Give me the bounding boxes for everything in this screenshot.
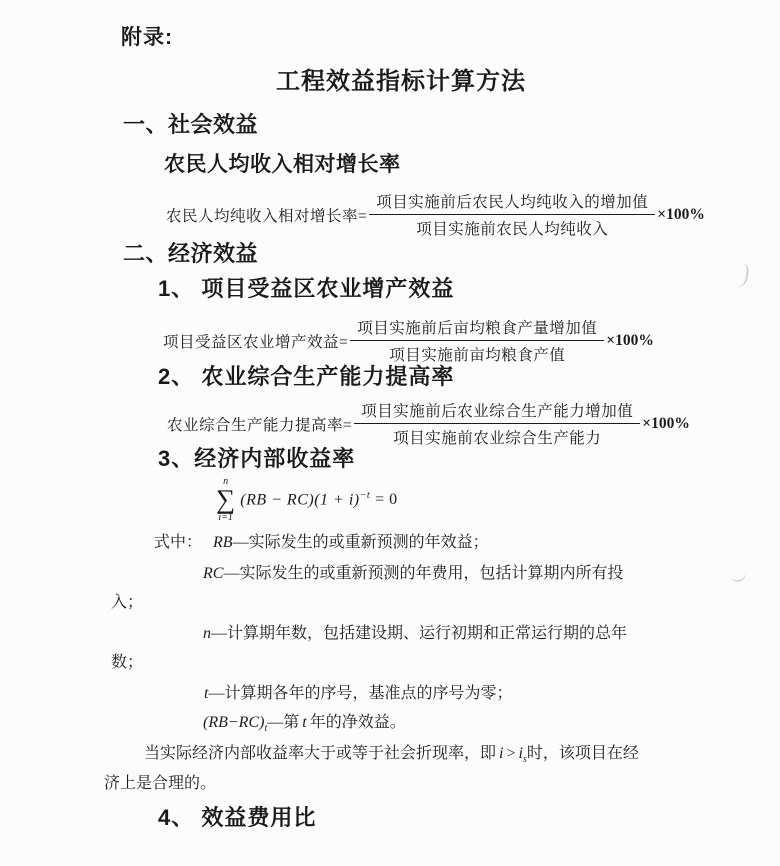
formula-summation-eirr: n ∑ i=1 (RB − RC)(1 + i)−t= 0: [216, 477, 398, 523]
definition-text-tail: 年的净效益。: [310, 714, 406, 731]
fraction-numerator: 项目实施前后农民人均纯收入的增加值: [369, 190, 655, 215]
fraction-denominator: 项目实施前农民人均纯收入: [409, 215, 615, 239]
subheading-item3-internal-rate-of-return: 3、经济内部收益率: [158, 442, 355, 473]
note-lead: 当实际经济内部收益率大于或等于社会折现率，即: [144, 745, 496, 762]
definition-line-t: t—计算期各年的序号，基准点的序号为零；: [204, 680, 512, 703]
fraction: 项目实施前后亩均粮食产量增加值 项目实施前亩均粮食产值: [350, 316, 604, 365]
subheading-income-growth-rate: 农民人均收入相对增长率: [164, 148, 401, 178]
formula-grain-increase: 项目受益区农业增产效益= 项目实施前后亩均粮食产量增加值 项目实施前亩均粮食产值…: [163, 316, 654, 365]
definition-text: —第: [267, 714, 299, 731]
variable-rc: RC: [203, 565, 223, 582]
sigma-symbol: ∑: [216, 487, 235, 513]
variable-n: n: [203, 625, 211, 642]
formula-multiplier: ×100%: [606, 332, 654, 350]
formula-multiplier: ×100%: [657, 206, 705, 224]
definition-line-rc-continuation: 入；: [111, 589, 143, 612]
formula-production-capacity: 农业综合生产能力提高率= 项目实施前后农业综合生产能力增加值 项目实施前农业综合…: [167, 399, 690, 448]
definition-text: —计算期各年的序号，基准点的序号为零；: [208, 685, 512, 702]
fraction-numerator: 项目实施前后亩均粮食产量增加值: [350, 316, 604, 341]
where-label: 式中：: [154, 534, 202, 551]
definition-text: —实际发生的或重新预测的年费用，包括计算期内所有投: [223, 565, 623, 582]
scanned-document-page: 附录: 工程效益指标计算方法 一、社会效益 农民人均收入相对增长率 农民人均纯收…: [0, 0, 780, 866]
subheading-item2-production-capacity: 2、 农业综合生产能力提高率: [158, 360, 454, 391]
sigma-operator: n ∑ i=1: [216, 477, 235, 523]
appendix-label: 附录:: [121, 21, 173, 51]
formula-label: 农民人均纯收入相对增长率=: [166, 204, 367, 226]
note-paragraph-line2: 济上是合理的。: [104, 770, 216, 793]
note-paragraph-line1: 当实际经济内部收益率大于或等于社会折现率，即i>is时，该项目在经: [144, 740, 639, 765]
fraction-numerator: 项目实施前后农业综合生产能力增加值: [354, 399, 640, 424]
page-title: 工程效益指标计算方法: [276, 61, 526, 96]
formula-label: 项目受益区农业增产效益=: [163, 330, 348, 352]
subheading-item1-grain-increase: 1、 项目受益区农业增产效益: [158, 272, 454, 303]
formula-multiplier: ×100%: [642, 415, 690, 433]
definition-line-rb: 式中：RB—实际发生的或重新预测的年效益；: [154, 529, 489, 552]
variable-rb-minus-rc: (RB−RC): [203, 714, 264, 731]
subheading-item4-benefit-cost-ratio: 4、 效益费用比: [158, 801, 316, 832]
sigma-lower-limit: i=1: [218, 513, 233, 523]
definition-line-n-continuation: 数；: [111, 649, 143, 672]
definition-text: —实际发生的或重新预测的年效益；: [233, 534, 489, 551]
summation-expression: (RB − RC)(1 + i)−t= 0: [240, 490, 397, 509]
variable-rb: RB: [213, 534, 233, 551]
definition-text: —计算期年数，包括建设期、运行初期和正常运行期的总年: [211, 625, 627, 642]
greater-than-sign: >: [506, 745, 515, 762]
section-heading-economic-benefit: 二、经济效益: [123, 237, 258, 268]
scan-artifact: [729, 569, 747, 583]
definition-line-n: n—计算期年数，包括建设期、运行初期和正常运行期的总年: [203, 620, 627, 643]
variable-i: i: [499, 745, 503, 762]
variable-t: t: [302, 714, 306, 731]
fraction-denominator: 项目实施前农业综合生产能力: [386, 424, 608, 448]
expression-equals-zero: = 0: [375, 491, 398, 508]
definition-line-rc: RC—实际发生的或重新预测的年费用，包括计算期内所有投: [203, 560, 623, 583]
formula-income-growth: 农民人均纯收入相对增长率= 项目实施前后农民人均纯收入的增加值 项目实施前农民人…: [166, 190, 705, 239]
note-tail: 时，该项目在经: [527, 745, 639, 762]
scan-artifact: [735, 262, 749, 288]
fraction: 项目实施前后农民人均纯收入的增加值 项目实施前农民人均纯收入: [369, 190, 655, 239]
formula-label: 农业综合生产能力提高率=: [167, 413, 352, 435]
expression-exponent: −t: [360, 490, 371, 501]
definition-line-net-benefit: (RB−RC)t—第t年的净效益。: [203, 709, 406, 734]
section-heading-social-benefit: 一、社会效益: [123, 108, 258, 139]
fraction: 项目实施前后农业综合生产能力增加值 项目实施前农业综合生产能力: [354, 399, 640, 448]
